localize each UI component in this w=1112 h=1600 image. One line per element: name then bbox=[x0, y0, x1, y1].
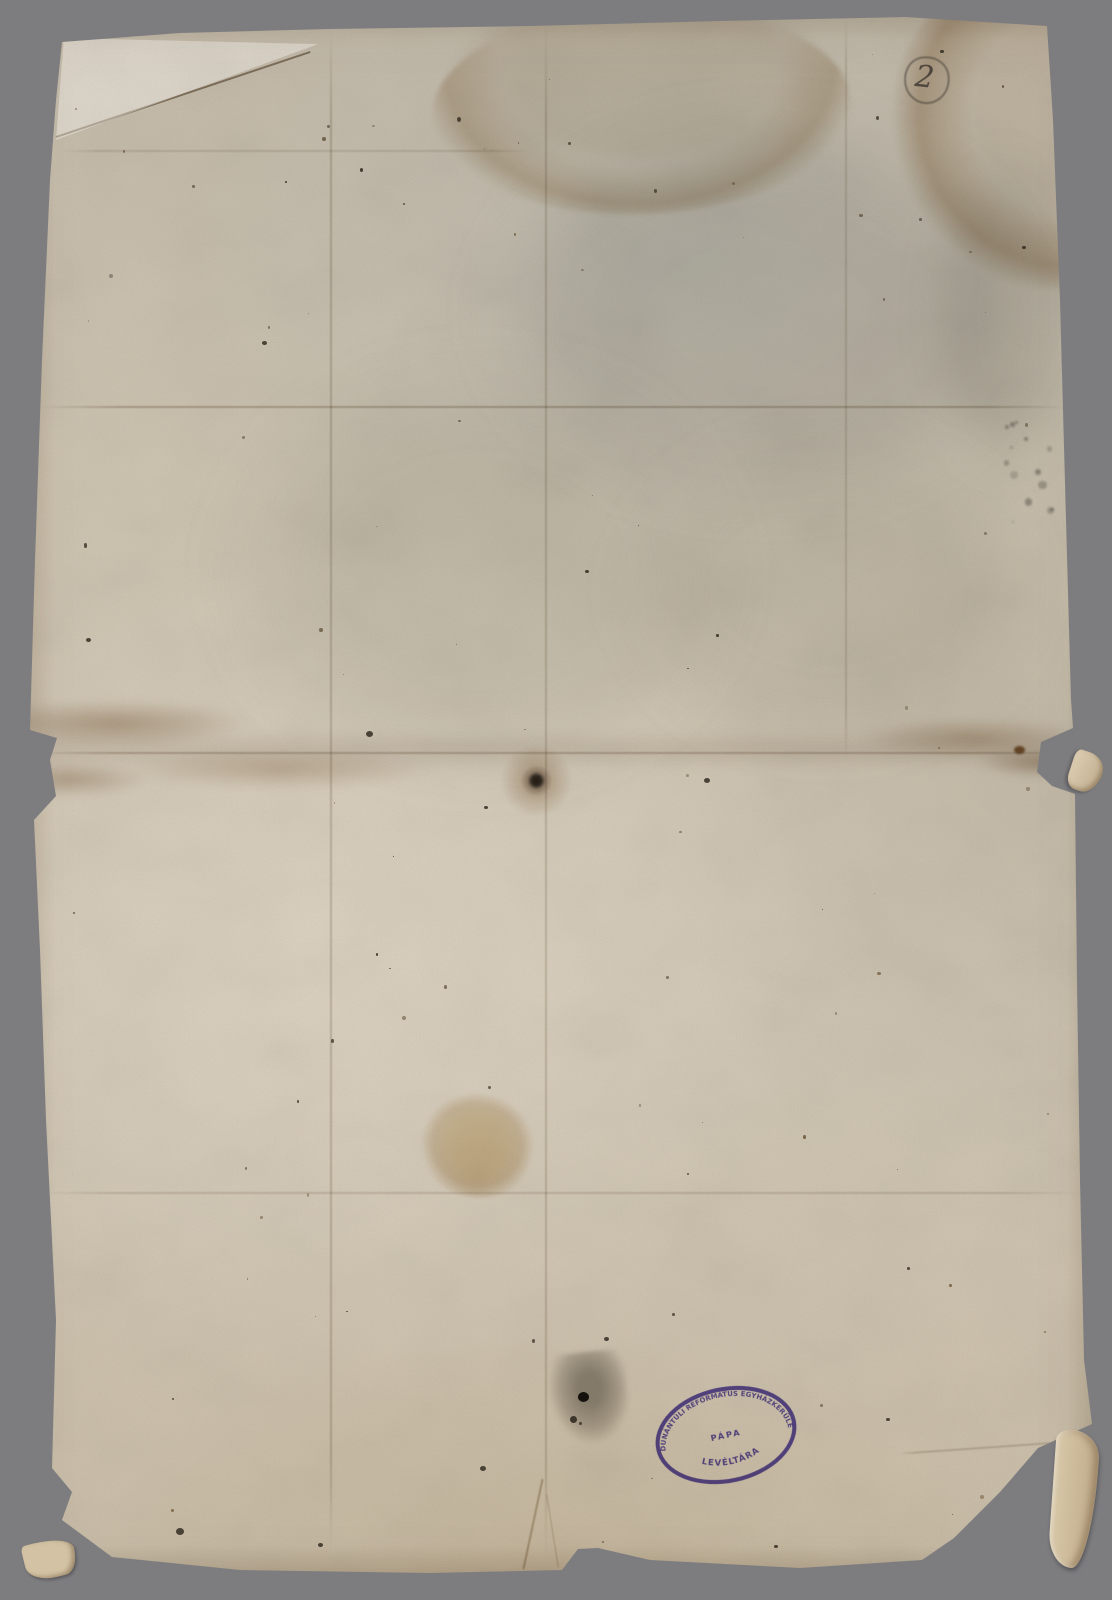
paper-speck bbox=[949, 1284, 952, 1287]
paper-speck bbox=[484, 148, 486, 149]
paper-speck bbox=[360, 168, 364, 173]
paper-speck bbox=[1010, 446, 1013, 449]
paper-speck bbox=[297, 1100, 300, 1103]
paper-speck bbox=[774, 1545, 778, 1548]
paper-speck bbox=[822, 909, 823, 910]
paper-speck bbox=[672, 1313, 675, 1316]
paper-speck bbox=[176, 1528, 184, 1535]
paper-speck bbox=[666, 976, 669, 979]
paper-speck bbox=[980, 1495, 984, 1499]
paper-speck bbox=[484, 806, 488, 809]
paper-speck bbox=[262, 341, 267, 345]
paper-speck bbox=[457, 117, 461, 122]
paper-speck bbox=[702, 1122, 703, 1123]
paper-speck bbox=[285, 181, 287, 183]
paper-speck bbox=[346, 1311, 348, 1313]
paper-speck bbox=[322, 137, 326, 141]
paper-speck bbox=[372, 125, 374, 127]
paper-speck bbox=[376, 526, 377, 527]
paper-speck bbox=[686, 774, 689, 777]
paper-speck bbox=[172, 1398, 174, 1400]
paper-speck bbox=[886, 1418, 890, 1421]
paper-speck bbox=[1044, 1331, 1046, 1333]
page-number-digit: 2 bbox=[913, 59, 936, 96]
paper-speck bbox=[260, 1216, 263, 1219]
speck-layer bbox=[0, 0, 1112, 1600]
paper-speck bbox=[581, 269, 584, 271]
paper-speck bbox=[73, 912, 76, 915]
paper-speck bbox=[602, 1541, 604, 1543]
paper-speck bbox=[458, 420, 462, 423]
paper-speck bbox=[393, 856, 394, 857]
paper-speck bbox=[109, 274, 113, 278]
paper-speck bbox=[732, 182, 735, 185]
paper-speck bbox=[331, 1039, 335, 1043]
paper-speck bbox=[480, 1466, 486, 1471]
paper-speck bbox=[654, 189, 657, 193]
paper-speck bbox=[88, 320, 90, 322]
paper-speck bbox=[1035, 469, 1041, 475]
paper-speck bbox=[518, 142, 519, 144]
paper-speck bbox=[835, 1012, 837, 1015]
paper-speck bbox=[905, 706, 908, 710]
paper-speck bbox=[820, 1404, 823, 1407]
paper-speck bbox=[334, 802, 335, 803]
paper-speck bbox=[1038, 481, 1047, 490]
paper-speck bbox=[585, 570, 589, 573]
paper-speck bbox=[579, 1422, 582, 1425]
paper-speck bbox=[268, 326, 271, 329]
paper-speck bbox=[75, 108, 77, 110]
torn-flap-bottom-right bbox=[1047, 1429, 1101, 1570]
paper-speck bbox=[1026, 787, 1030, 792]
paper-speck bbox=[1005, 425, 1009, 429]
paper-speck bbox=[1015, 421, 1018, 424]
paper-speck bbox=[123, 150, 125, 153]
torn-flap-right bbox=[1065, 748, 1108, 796]
paper-speck bbox=[366, 731, 373, 737]
paper-speck bbox=[1010, 471, 1018, 479]
paper-speck bbox=[327, 125, 330, 128]
paper-speck bbox=[247, 1278, 248, 1280]
paper-speck bbox=[969, 251, 971, 254]
page-number-annotation: 2 bbox=[904, 56, 950, 104]
paper-speck bbox=[704, 778, 710, 783]
paper-speck bbox=[403, 203, 405, 205]
paper-speck bbox=[1022, 246, 1026, 249]
paper-speck bbox=[985, 312, 986, 314]
paper-speck bbox=[307, 1193, 310, 1197]
paper-speck bbox=[592, 495, 593, 496]
scan-viewport: A DUNÁNTÚLI REFORMÁTUS EGYHÁZKERÜLET PÁP… bbox=[0, 0, 1112, 1600]
document-sheet: A DUNÁNTÚLI REFORMÁTUS EGYHÁZKERÜLET PÁP… bbox=[0, 0, 1112, 1600]
paper-speck bbox=[389, 968, 391, 970]
paper-speck bbox=[938, 747, 940, 749]
paper-speck bbox=[376, 953, 378, 956]
paper-speck bbox=[1025, 498, 1033, 506]
paper-speck bbox=[1004, 460, 1009, 465]
paper-speck bbox=[402, 1016, 406, 1020]
paper-speck bbox=[638, 525, 639, 526]
paper-speck bbox=[877, 972, 881, 975]
paper-speck bbox=[308, 313, 309, 314]
torn-flap-bottom-left bbox=[20, 1534, 80, 1583]
stamp-bottom-text: LEVÉLTÁRA bbox=[699, 1445, 763, 1474]
paper-speck bbox=[444, 985, 447, 989]
paper-speck bbox=[488, 1086, 491, 1089]
paper-speck bbox=[907, 1267, 910, 1270]
paper-speck bbox=[514, 233, 516, 236]
paper-speck bbox=[687, 1173, 689, 1175]
paper-speck bbox=[1047, 446, 1053, 452]
paper-speck bbox=[651, 1478, 653, 1480]
paper-speck bbox=[245, 1167, 248, 1170]
paper-speck bbox=[639, 1104, 641, 1106]
paper-speck bbox=[872, 54, 873, 55]
paper-speck bbox=[315, 1316, 317, 1317]
stamp-center-text: PÁPA bbox=[709, 1426, 742, 1443]
paper-speck bbox=[171, 1509, 174, 1512]
paper-speck bbox=[803, 1135, 806, 1139]
paper-speck bbox=[874, 893, 875, 894]
paper-speck bbox=[859, 214, 863, 218]
paper-speck bbox=[549, 79, 550, 80]
paper-speck bbox=[568, 142, 571, 144]
paper-speck bbox=[876, 116, 879, 120]
paper-speck bbox=[1047, 507, 1054, 514]
paper-speck bbox=[192, 185, 195, 188]
paper-speck bbox=[919, 218, 922, 221]
paper-speck bbox=[952, 1514, 953, 1515]
paper-speck bbox=[318, 1543, 323, 1547]
paper-speck bbox=[984, 532, 987, 534]
paper-speck bbox=[604, 1337, 609, 1341]
paper-speck bbox=[1025, 423, 1028, 426]
paper-speck bbox=[1012, 521, 1014, 523]
paper-speck bbox=[940, 50, 944, 53]
paper-speck bbox=[1002, 85, 1004, 88]
paper-speck bbox=[687, 668, 689, 669]
paper-speck bbox=[343, 674, 344, 675]
paper-speck bbox=[319, 628, 323, 633]
paper-speck bbox=[524, 729, 526, 730]
paper-speck bbox=[84, 543, 88, 548]
paper-speck bbox=[897, 1169, 898, 1170]
paper-speck bbox=[532, 1339, 535, 1343]
paper-speck bbox=[456, 644, 457, 645]
paper-speck bbox=[743, 237, 744, 238]
paper-speck bbox=[242, 436, 245, 439]
paper-speck bbox=[883, 298, 885, 301]
paper-speck bbox=[1024, 437, 1028, 441]
paper-speck bbox=[86, 638, 91, 642]
paper-speck bbox=[716, 634, 719, 636]
paper-speck bbox=[1047, 1113, 1049, 1115]
paper-speck bbox=[679, 831, 682, 834]
